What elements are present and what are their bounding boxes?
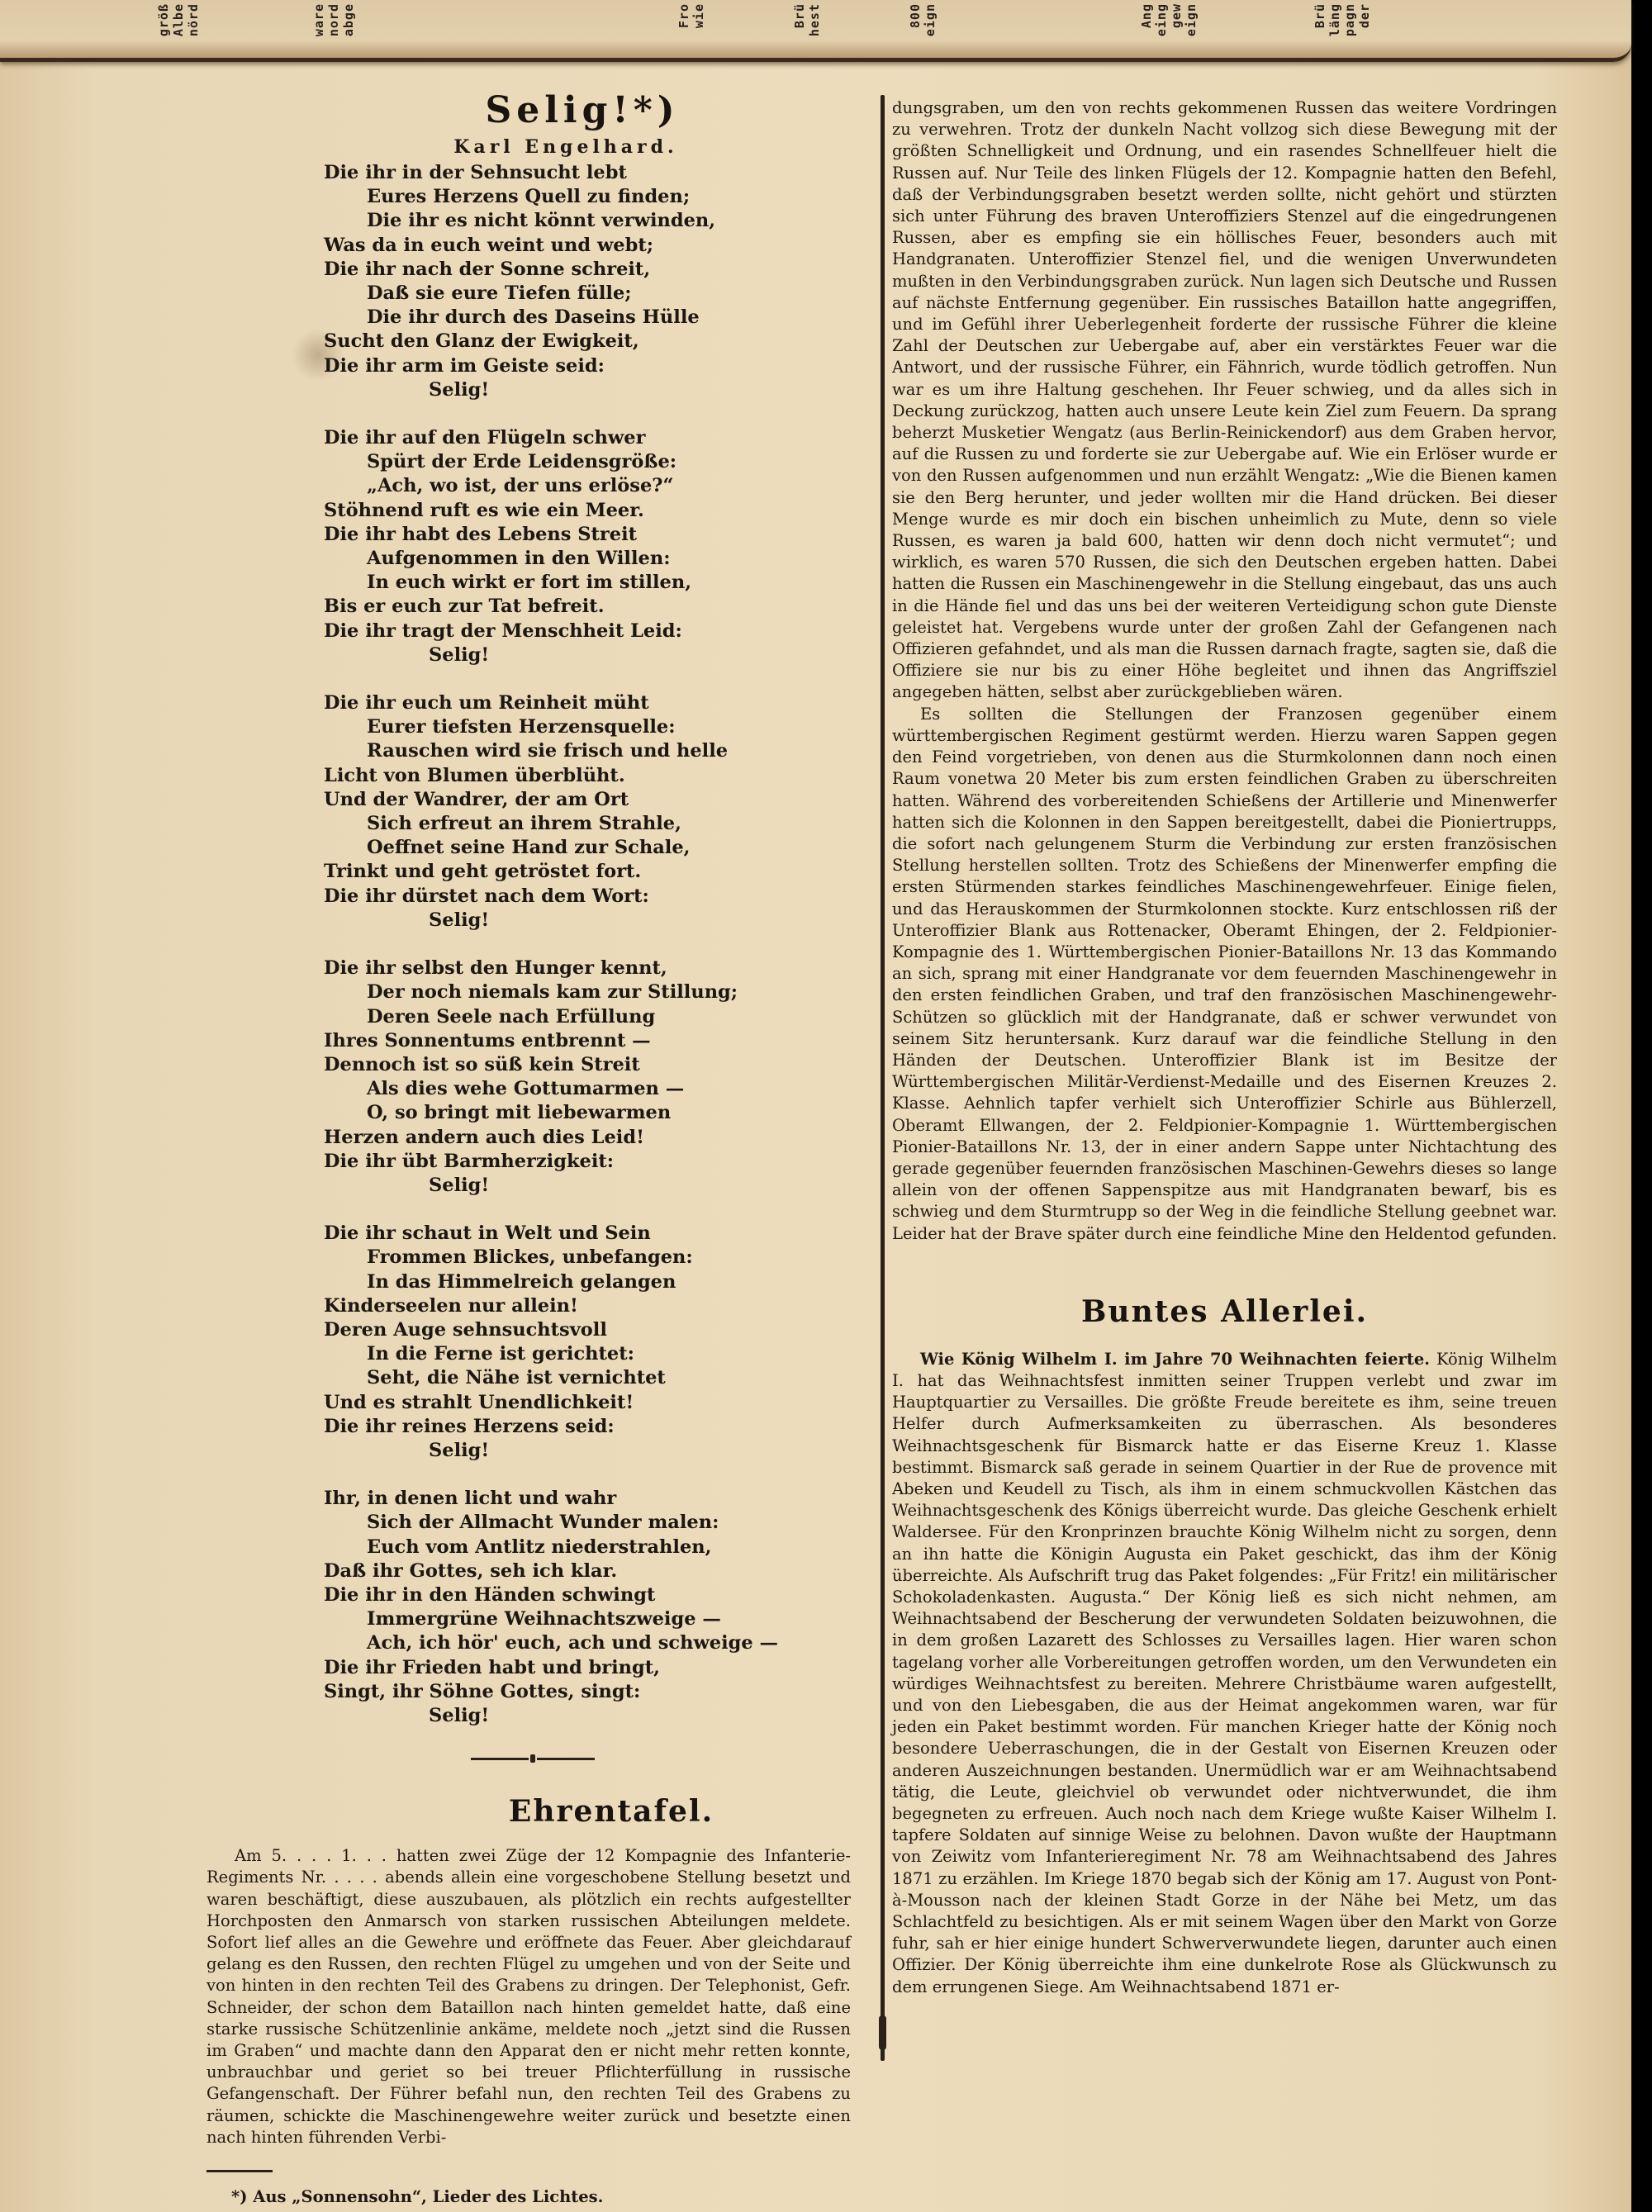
ehrentafel-paragraph: Am 5. . . . 1. . . hatten zwei Züge der … <box>206 1845 851 2148</box>
poem-line: Die ihr reines Herzens seid: <box>324 1415 867 1439</box>
ehrentafel-continuation: dungsgraben, um den von rechts gekommene… <box>892 97 1557 1245</box>
ehrentafel-continuation-paragraph: Es sollten die Stellungen der Franzosen … <box>892 704 1557 1245</box>
right-column: dungsgraben, um den von rechts gekommene… <box>892 97 1557 1998</box>
poem-refrain: Selig! <box>324 378 867 402</box>
poem-line: Deren Auge sehnsuchtsvoll <box>324 1318 867 1342</box>
column-rule <box>881 95 885 2061</box>
poem-body: Die ihr in der Sehnsucht lebtEures Herze… <box>324 161 867 1728</box>
buntes-allerlei-article: Wie König Wilhelm I. im Jahre 70 Weihnac… <box>892 1349 1557 1998</box>
poem-line: Kinderseelen nur allein! <box>324 1294 867 1318</box>
poem-line: Die ihr Frieden habt und bringt, <box>324 1656 867 1680</box>
left-column: Selig!*) Karl Engelhard. Die ihr in der … <box>240 83 867 2206</box>
poem-line: In euch wirkt er fort im stillen, <box>324 571 867 595</box>
poem-line: Sich der Allmacht Wunder malen: <box>324 1511 867 1535</box>
poem-line: Ihres Sonnentums entbrennt — <box>324 1029 867 1053</box>
strip-word: wie <box>692 3 705 28</box>
ehrentafel-heading: Ehrentafel. <box>355 1794 867 1829</box>
poem-line: Die ihr in der Sehnsucht lebt <box>324 161 867 185</box>
poem-line: Sucht den Glanz der Ewigkeit, <box>324 330 867 354</box>
strip-word: Albe <box>172 3 185 36</box>
poem-line: Trinkt und geht getröstet fort. <box>324 860 867 884</box>
poem-refrain: Selig! <box>324 643 867 667</box>
poem-line: In die Ferne ist gerichtet: <box>324 1342 867 1366</box>
poem-line: Euch vom Antlitz niederstrahlen, <box>324 1536 867 1559</box>
poem-line: Eures Herzens Quell zu finden; <box>324 185 867 209</box>
poem-line: Der noch niemals kam zur Stillung; <box>324 980 867 1004</box>
strip-word: größ <box>157 3 170 36</box>
poem-line: Oeffnet seine Hand zur Schale, <box>324 836 867 860</box>
poem-refrain: Selig! <box>324 1439 867 1463</box>
poem-refrain: Selig! <box>324 1704 867 1728</box>
poem-line: Was da in euch weint und webt; <box>324 234 867 258</box>
poem-stanza: Die ihr schaut in Welt und SeinFrommen B… <box>324 1222 867 1463</box>
strip-word: eing <box>1155 3 1168 36</box>
poem-line: Und es strahlt Unendlichkeit! <box>324 1391 867 1415</box>
strip-word: läng <box>1328 3 1341 36</box>
poem-line: „Ach, wo ist, der uns erlöse?“ <box>324 474 867 498</box>
poem-line: Als dies wehe Gottumarmen — <box>324 1077 867 1101</box>
poem-line: In das Himmelreich gelangen <box>324 1270 867 1294</box>
poem-line: Und der Wandrer, der am Ort <box>324 788 867 812</box>
ehrentafel-article: Am 5. . . . 1. . . hatten zwei Züge der … <box>206 1845 851 2148</box>
poem-line: Daß ihr Gottes, seh ich klar. <box>324 1559 867 1583</box>
poem-stanza: Die ihr auf den Flügeln schwerSpürt der … <box>324 426 867 667</box>
poem-line: Rauschen wird sie frisch und helle <box>324 739 867 763</box>
strip-word: nord <box>327 3 340 36</box>
strip-word: gew <box>1170 3 1183 28</box>
poem-line: Licht von Blumen überblüht. <box>324 764 867 788</box>
column-rule-end <box>879 2015 886 2050</box>
poem-line: Die ihr in den Händen schwingt <box>324 1583 867 1607</box>
footnote-rule <box>206 2170 273 2172</box>
strip-word: Brü <box>793 3 806 28</box>
poem-stanza: Die ihr selbst den Hunger kennt,Der noch… <box>324 956 867 1198</box>
poem-line: Ach, ich hör' euch, ach und schweige — <box>324 1631 867 1655</box>
poem-line: Dennoch ist so süß kein Streit <box>324 1053 867 1077</box>
strip-word: Brü <box>1313 3 1327 28</box>
poem-line: Die ihr tragt der Menschheit Leid: <box>324 619 867 643</box>
strip-word: abge <box>342 3 355 36</box>
poem-stanza: Die ihr in der Sehnsucht lebtEures Herze… <box>324 161 867 402</box>
section-divider-ornament <box>471 1754 595 1763</box>
poem-line: Die ihr arm im Geiste seid: <box>324 354 867 378</box>
poem-line: Daß sie eure Tiefen fülle; <box>324 282 867 306</box>
poem-line: Deren Seele nach Erfüllung <box>324 1005 867 1029</box>
strip-word: nörd <box>187 3 200 36</box>
poem-stanza: Ihr, in denen licht und wahrSich der All… <box>324 1487 867 1728</box>
footnote: *) Aus „Sonnensohn“, Lieder des Lichtes. <box>231 2187 867 2206</box>
poem-line: Die ihr habt des Lebens Streit <box>324 523 867 547</box>
poem-line: Aufgenommen in den Willen: <box>324 547 867 571</box>
poem-line: Bis er euch zur Tat befreit. <box>324 595 867 619</box>
poem-line: Die ihr selbst den Hunger kennt, <box>324 956 867 980</box>
buntes-allerlei-heading: Buntes Allerlei. <box>892 1294 1557 1329</box>
poem-line: Singt, ihr Söhne Gottes, singt: <box>324 1680 867 1704</box>
strip-word: Fro <box>677 3 691 28</box>
strip-word: der <box>1358 3 1371 28</box>
strip-word: Ang <box>1140 3 1153 28</box>
poem-line: Die ihr euch um Reinheit müht <box>324 691 867 715</box>
strip-word: 800 <box>909 3 922 28</box>
poem-refrain: Selig! <box>324 909 867 933</box>
article-body: König Wilhelm I. hat das Weihnachtsfest … <box>892 1350 1557 1996</box>
poem-line: Spürt der Erde Leidensgröße: <box>324 450 867 474</box>
article-title: Wie König Wilhelm I. im Jahre 70 Weihnac… <box>920 1350 1430 1369</box>
poem-line: Stöhnend ruft es wie ein Meer. <box>324 499 867 523</box>
poem-line: Die ihr auf den Flügeln schwer <box>324 426 867 450</box>
folded-top-strip: größAlbenördwarenordabgeFrowieBrühest800… <box>0 0 1631 62</box>
strip-word: eign <box>1184 3 1198 36</box>
strip-word: hest <box>808 3 821 36</box>
poem-line: Die ihr dürstet nach dem Wort: <box>324 885 867 909</box>
poem-line: Immergrüne Weihnachtszweige — <box>324 1607 867 1631</box>
poem-refrain: Selig! <box>324 1174 867 1198</box>
poem-title: Selig!*) <box>297 89 867 131</box>
poem-line: Herzen andern auch dies Leid! <box>324 1126 867 1150</box>
poem-line: Ihr, in denen licht und wahr <box>324 1487 867 1511</box>
poem-line: Die ihr schaut in Welt und Sein <box>324 1222 867 1246</box>
strip-word: ware <box>312 3 325 36</box>
poem-author: Karl Engelhard. <box>264 136 867 158</box>
poem-line: Eurer tiefsten Herzensquelle: <box>324 715 867 739</box>
poem-line: Die ihr es nicht könnt verwinden, <box>324 209 867 233</box>
poem-line: Die ihr übt Barmherzigkeit: <box>324 1150 867 1174</box>
strip-word: pagn <box>1343 3 1356 36</box>
poem-line: O, so bringt mit liebewarmen <box>324 1101 867 1125</box>
strip-word: eign <box>923 3 937 36</box>
poem-line: Seht, die Nähe ist vernichtet <box>324 1366 867 1390</box>
newspaper-page: größAlbenördwarenordabgeFrowieBrühest800… <box>0 0 1631 2212</box>
poem-line: Sich erfreut an ihrem Strahle, <box>324 812 867 836</box>
ehrentafel-continuation-paragraph: dungsgraben, um den von rechts gekommene… <box>892 97 1557 704</box>
poem-stanza: Die ihr euch um Reinheit mühtEurer tiefs… <box>324 691 867 933</box>
poem-line: Die ihr durch des Daseins Hülle <box>324 306 867 330</box>
poem-line: Frommen Blickes, unbefangen: <box>324 1246 867 1270</box>
poem-line: Die ihr nach der Sonne schreit, <box>324 258 867 282</box>
